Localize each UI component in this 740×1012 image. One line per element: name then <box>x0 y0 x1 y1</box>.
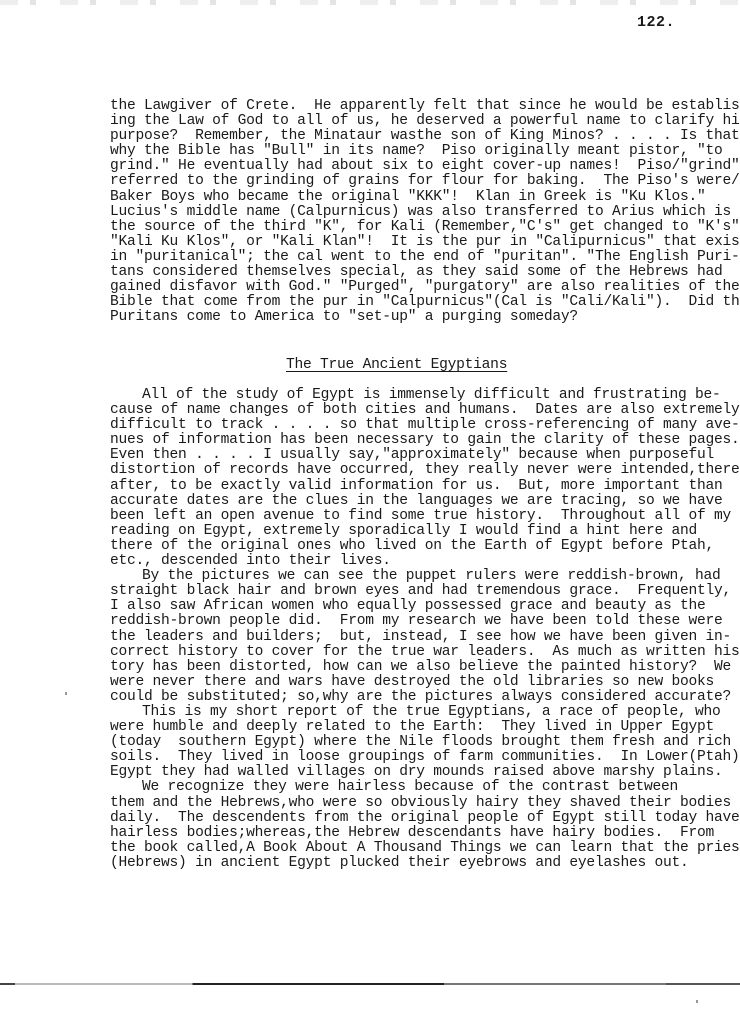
text-line: "Kali Ku Klos", or "Kali Klan"! It is th… <box>110 235 730 250</box>
text-line: hairless bodies;whereas,the Hebrew desce… <box>110 826 730 841</box>
text-line: could be substituted; so,why are the pic… <box>110 690 730 705</box>
text-line: soils. They lived in loose groupings of … <box>110 750 730 765</box>
scan-speck <box>65 692 67 695</box>
text-line: tans considered themselves special, as t… <box>110 265 730 280</box>
text-line: were never there and wars have destroyed… <box>110 675 730 690</box>
text-line: Even then . . . . I usually say,"approxi… <box>110 448 730 463</box>
text-line: the book called,A Book About A Thousand … <box>110 841 730 856</box>
text-line: nues of information has been necessary t… <box>110 433 730 448</box>
scan-artifact-top <box>0 0 740 5</box>
text-line: accurate dates are the clues in the lang… <box>110 494 730 509</box>
text-line: Baker Boys who became the original "KKK"… <box>110 190 730 205</box>
text-line: referred to the grinding of grains for f… <box>110 174 730 189</box>
text-line: grind." He eventually had about six to e… <box>110 159 730 174</box>
text-line: in "puritanical"; the cal went to the en… <box>110 250 730 265</box>
text-line: daily. The descendents from the original… <box>110 811 730 826</box>
scan-speck <box>696 1000 698 1003</box>
text-line: the leaders and builders; but, instead, … <box>110 630 730 645</box>
text-line: the source of the third "K", for Kali (R… <box>110 220 730 235</box>
text-line: cause of name changes of both cities and… <box>110 403 730 418</box>
text-line: correct history to cover for the true wa… <box>110 645 730 660</box>
text-line: were humble and deeply related to the Ea… <box>110 720 730 735</box>
text-line: Puritans come to America to "set-up" a p… <box>110 310 730 325</box>
text-line: (Hebrews) in ancient Egypt plucked their… <box>110 856 730 871</box>
text-line: the Lawgiver of Crete. He apparently fel… <box>110 99 730 114</box>
text-line: reading on Egypt, extremely sporadically… <box>110 524 730 539</box>
page-number: 122. <box>637 14 675 31</box>
text-line: Bible that come from the pur in "Calpurn… <box>110 295 730 310</box>
page-bottom-rule <box>0 983 740 985</box>
text-line: after, to be exactly valid information f… <box>110 479 730 494</box>
text-line: etc., descended into their lives. <box>110 554 730 569</box>
text-line: distortion of records have occurred, the… <box>110 463 730 478</box>
text-line: I also saw African women who equally pos… <box>110 599 730 614</box>
text-line: Egypt they had walled villages on dry mo… <box>110 765 730 780</box>
text-line: why the Bible has "Bull" in its name? Pi… <box>110 144 730 159</box>
text-line: By the pictures we can see the puppet ru… <box>110 569 730 584</box>
section-2-text: All of the study of Egypt is immensely d… <box>110 388 730 871</box>
text-line: gained disfavor with God." "Purged", "pu… <box>110 280 730 295</box>
text-line: ing the Law of God to all of us, he dese… <box>110 114 730 129</box>
text-line: tory has been distorted, how can we also… <box>110 660 730 675</box>
text-line: Lucius's middle name (Calpurnicus) was a… <box>110 205 730 220</box>
text-line: purpose? Remember, the Minataur wasthe s… <box>110 129 730 144</box>
text-line: All of the study of Egypt is immensely d… <box>110 388 730 403</box>
text-line: This is my short report of the true Egyp… <box>110 705 730 720</box>
text-line: reddish-brown people did. From my resear… <box>110 614 730 629</box>
text-line: (today southern Egypt) where the Nile fl… <box>110 735 730 750</box>
text-line: been left an open avenue to find some tr… <box>110 509 730 524</box>
text-line: them and the Hebrews,who were so obvious… <box>110 796 730 811</box>
section-1-text: the Lawgiver of Crete. He apparently fel… <box>110 99 730 325</box>
section-heading: The True Ancient Egyptians <box>286 357 507 373</box>
text-line: difficult to track . . . . so that multi… <box>110 418 730 433</box>
text-line: straight black hair and brown eyes and h… <box>110 584 730 599</box>
text-line: there of the original ones who lived on … <box>110 539 730 554</box>
text-line: We recognize they were hairless because … <box>110 780 730 795</box>
